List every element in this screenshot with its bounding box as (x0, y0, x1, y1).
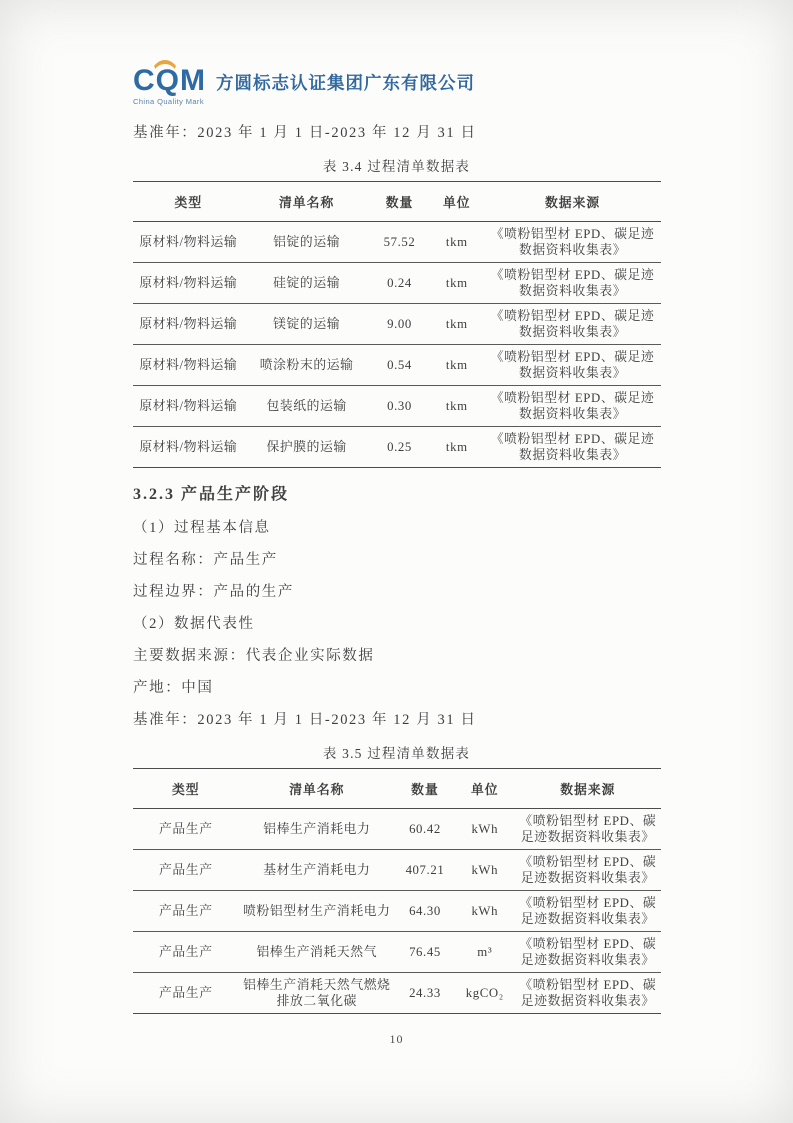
page-number: 10 (390, 1032, 404, 1046)
baseline-year-line: 基准年：2023 年 1 月 1 日-2023 年 12 月 31 日 (133, 123, 660, 144)
cell-unit: kWh (455, 849, 515, 890)
cell-source: 《喷粉铝型材 EPD、碳足迹数据资料收集表》 (515, 890, 661, 931)
cell-qty: 60.42 (395, 808, 455, 849)
cell-name: 铝棒生产消耗电力 (239, 808, 395, 849)
page-footer: 10 (0, 1032, 793, 1047)
cell-name: 镁锭的运输 (244, 303, 370, 344)
para-process-basic-info: （1）过程基本信息 (133, 518, 660, 539)
table-row: 原材料/物料运输硅锭的运输0.24tkm《喷粉铝型材 EPD、碳足迹数据资料收集… (133, 262, 661, 303)
cell-type: 产品生产 (133, 890, 239, 931)
column-header-unit: 单位 (429, 181, 484, 221)
cell-unit: tkm (429, 262, 484, 303)
cell-unit: tkm (429, 344, 484, 385)
column-header-qty: 数量 (395, 768, 455, 808)
para-origin: 产地：中国 (133, 678, 660, 699)
table-row: 原材料/物料运输铝锭的运输57.52tkm《喷粉铝型材 EPD、碳足迹数据资料收… (133, 221, 661, 262)
cell-unit: kWh (455, 808, 515, 849)
cell-unit: tkm (429, 303, 484, 344)
table-row: 产品生产喷粉铝型材生产消耗电力64.30kWh《喷粉铝型材 EPD、碳足迹数据资… (133, 890, 661, 931)
table-row: 原材料/物料运输喷涂粉末的运输0.54tkm《喷粉铝型材 EPD、碳足迹数据资料… (133, 344, 661, 385)
table-3-5-caption: 表 3.5 过程清单数据表 (133, 742, 660, 762)
table-row: 产品生产铝棒生产消耗天然气76.45m³《喷粉铝型材 EPD、碳足迹数据资料收集… (133, 931, 661, 972)
cell-type: 原材料/物料运输 (133, 426, 244, 467)
cell-qty: 0.24 (370, 262, 430, 303)
table-row: 原材料/物料运输保护膜的运输0.25tkm《喷粉铝型材 EPD、碳足迹数据资料收… (133, 426, 661, 467)
cell-type: 原材料/物料运输 (133, 385, 244, 426)
logo-subtext: China Quality Mark (133, 98, 206, 106)
cell-source: 《喷粉铝型材 EPD、碳足迹数据资料收集表》 (484, 426, 661, 467)
cell-type: 原材料/物料运输 (133, 303, 244, 344)
cell-unit: kgCO₂ (455, 972, 515, 1013)
table-row: 产品生产铝棒生产消耗天然气燃烧排放二氧化碳24.33kgCO₂《喷粉铝型材 EP… (133, 972, 661, 1013)
cell-qty: 9.00 (370, 303, 430, 344)
cell-type: 原材料/物料运输 (133, 221, 244, 262)
cell-name: 保护膜的运输 (244, 426, 370, 467)
cell-source: 《喷粉铝型材 EPD、碳足迹数据资料收集表》 (484, 303, 661, 344)
column-header-source: 数据来源 (484, 181, 661, 221)
column-header-qty: 数量 (370, 181, 430, 221)
table-row: 原材料/物料运输包装纸的运输0.30tkm《喷粉铝型材 EPD、碳足迹数据资料收… (133, 385, 661, 426)
cell-qty: 407.21 (395, 849, 455, 890)
logo-arc-icon (151, 60, 179, 76)
cell-qty: 24.33 (395, 972, 455, 1013)
column-header-name: 清单名称 (239, 768, 395, 808)
table-row: 产品生产基材生产消耗电力407.21kWh《喷粉铝型材 EPD、碳足迹数据资料收… (133, 849, 661, 890)
cqm-logo: CQM China Quality Mark (133, 66, 206, 106)
column-header-name: 清单名称 (244, 181, 370, 221)
section-heading-3-2-3: 3.2.3 产品生产阶段 (133, 481, 660, 504)
cell-name: 基材生产消耗电力 (239, 849, 395, 890)
table-3-4-header: 类型 清单名称 数量 单位 数据来源 (133, 181, 661, 221)
cell-unit: m³ (455, 931, 515, 972)
table-3-5-header: 类型 清单名称 数量 单位 数据来源 (133, 768, 661, 808)
cell-name: 铝棒生产消耗天然气燃烧排放二氧化碳 (239, 972, 395, 1013)
cell-source: 《喷粉铝型材 EPD、碳足迹数据资料收集表》 (515, 808, 661, 849)
cell-type: 产品生产 (133, 808, 239, 849)
cell-source: 《喷粉铝型材 EPD、碳足迹数据资料收集表》 (484, 262, 661, 303)
cell-unit: tkm (429, 385, 484, 426)
table-3-4-caption: 表 3.4 过程清单数据表 (133, 155, 660, 175)
table-3-5: 类型 清单名称 数量 单位 数据来源 产品生产铝棒生产消耗电力60.42kWh《… (133, 768, 661, 1014)
cell-source: 《喷粉铝型材 EPD、碳足迹数据资料收集表》 (484, 385, 661, 426)
cell-qty: 57.52 (370, 221, 430, 262)
cell-unit: kWh (455, 890, 515, 931)
table-3-4-body: 原材料/物料运输铝锭的运输57.52tkm《喷粉铝型材 EPD、碳足迹数据资料收… (133, 221, 661, 467)
cell-qty: 64.30 (395, 890, 455, 931)
table-3-4: 类型 清单名称 数量 单位 数据来源 原材料/物料运输铝锭的运输57.52tkm… (133, 181, 661, 468)
cell-unit: tkm (429, 221, 484, 262)
column-header-source: 数据来源 (515, 768, 661, 808)
table-row: 原材料/物料运输镁锭的运输9.00tkm《喷粉铝型材 EPD、碳足迹数据资料收集… (133, 303, 661, 344)
para-data-representative: （2）数据代表性 (133, 614, 660, 635)
table-row: 产品生产铝棒生产消耗电力60.42kWh《喷粉铝型材 EPD、碳足迹数据资料收集… (133, 808, 661, 849)
cell-name: 铝棒生产消耗天然气 (239, 931, 395, 972)
para-process-boundary: 过程边界：产品的生产 (133, 582, 660, 603)
document-header: CQM China Quality Mark 方圆标志认证集团广东有限公司 (0, 0, 793, 106)
company-name: 方圆标志认证集团广东有限公司 (216, 70, 475, 95)
para-baseline-year: 基准年：2023 年 1 月 1 日-2023 年 12 月 31 日 (133, 710, 660, 731)
cell-name: 喷粉铝型材生产消耗电力 (239, 890, 395, 931)
column-header-type: 类型 (133, 768, 239, 808)
para-process-name: 过程名称：产品生产 (133, 550, 660, 571)
cell-source: 《喷粉铝型材 EPD、碳足迹数据资料收集表》 (515, 931, 661, 972)
cell-unit: tkm (429, 426, 484, 467)
page-content: 基准年：2023 年 1 月 1 日-2023 年 12 月 31 日 表 3.… (0, 123, 793, 1014)
para-main-data-source: 主要数据来源：代表企业实际数据 (133, 646, 660, 667)
cell-source: 《喷粉铝型材 EPD、碳足迹数据资料收集表》 (515, 849, 661, 890)
column-header-type: 类型 (133, 181, 244, 221)
cell-name: 喷涂粉末的运输 (244, 344, 370, 385)
cell-source: 《喷粉铝型材 EPD、碳足迹数据资料收集表》 (515, 972, 661, 1013)
cell-source: 《喷粉铝型材 EPD、碳足迹数据资料收集表》 (484, 221, 661, 262)
cell-name: 硅锭的运输 (244, 262, 370, 303)
table-3-5-body: 产品生产铝棒生产消耗电力60.42kWh《喷粉铝型材 EPD、碳足迹数据资料收集… (133, 808, 661, 1013)
cell-qty: 0.54 (370, 344, 430, 385)
cell-name: 铝锭的运输 (244, 221, 370, 262)
cell-source: 《喷粉铝型材 EPD、碳足迹数据资料收集表》 (484, 344, 661, 385)
cell-type: 原材料/物料运输 (133, 344, 244, 385)
cell-qty: 0.25 (370, 426, 430, 467)
cell-qty: 76.45 (395, 931, 455, 972)
cell-type: 产品生产 (133, 972, 239, 1013)
cell-qty: 0.30 (370, 385, 430, 426)
cell-type: 原材料/物料运输 (133, 262, 244, 303)
cell-type: 产品生产 (133, 849, 239, 890)
column-header-unit: 单位 (455, 768, 515, 808)
cell-name: 包装纸的运输 (244, 385, 370, 426)
cell-type: 产品生产 (133, 931, 239, 972)
document-page: CQM China Quality Mark 方圆标志认证集团广东有限公司 基准… (0, 0, 793, 1123)
